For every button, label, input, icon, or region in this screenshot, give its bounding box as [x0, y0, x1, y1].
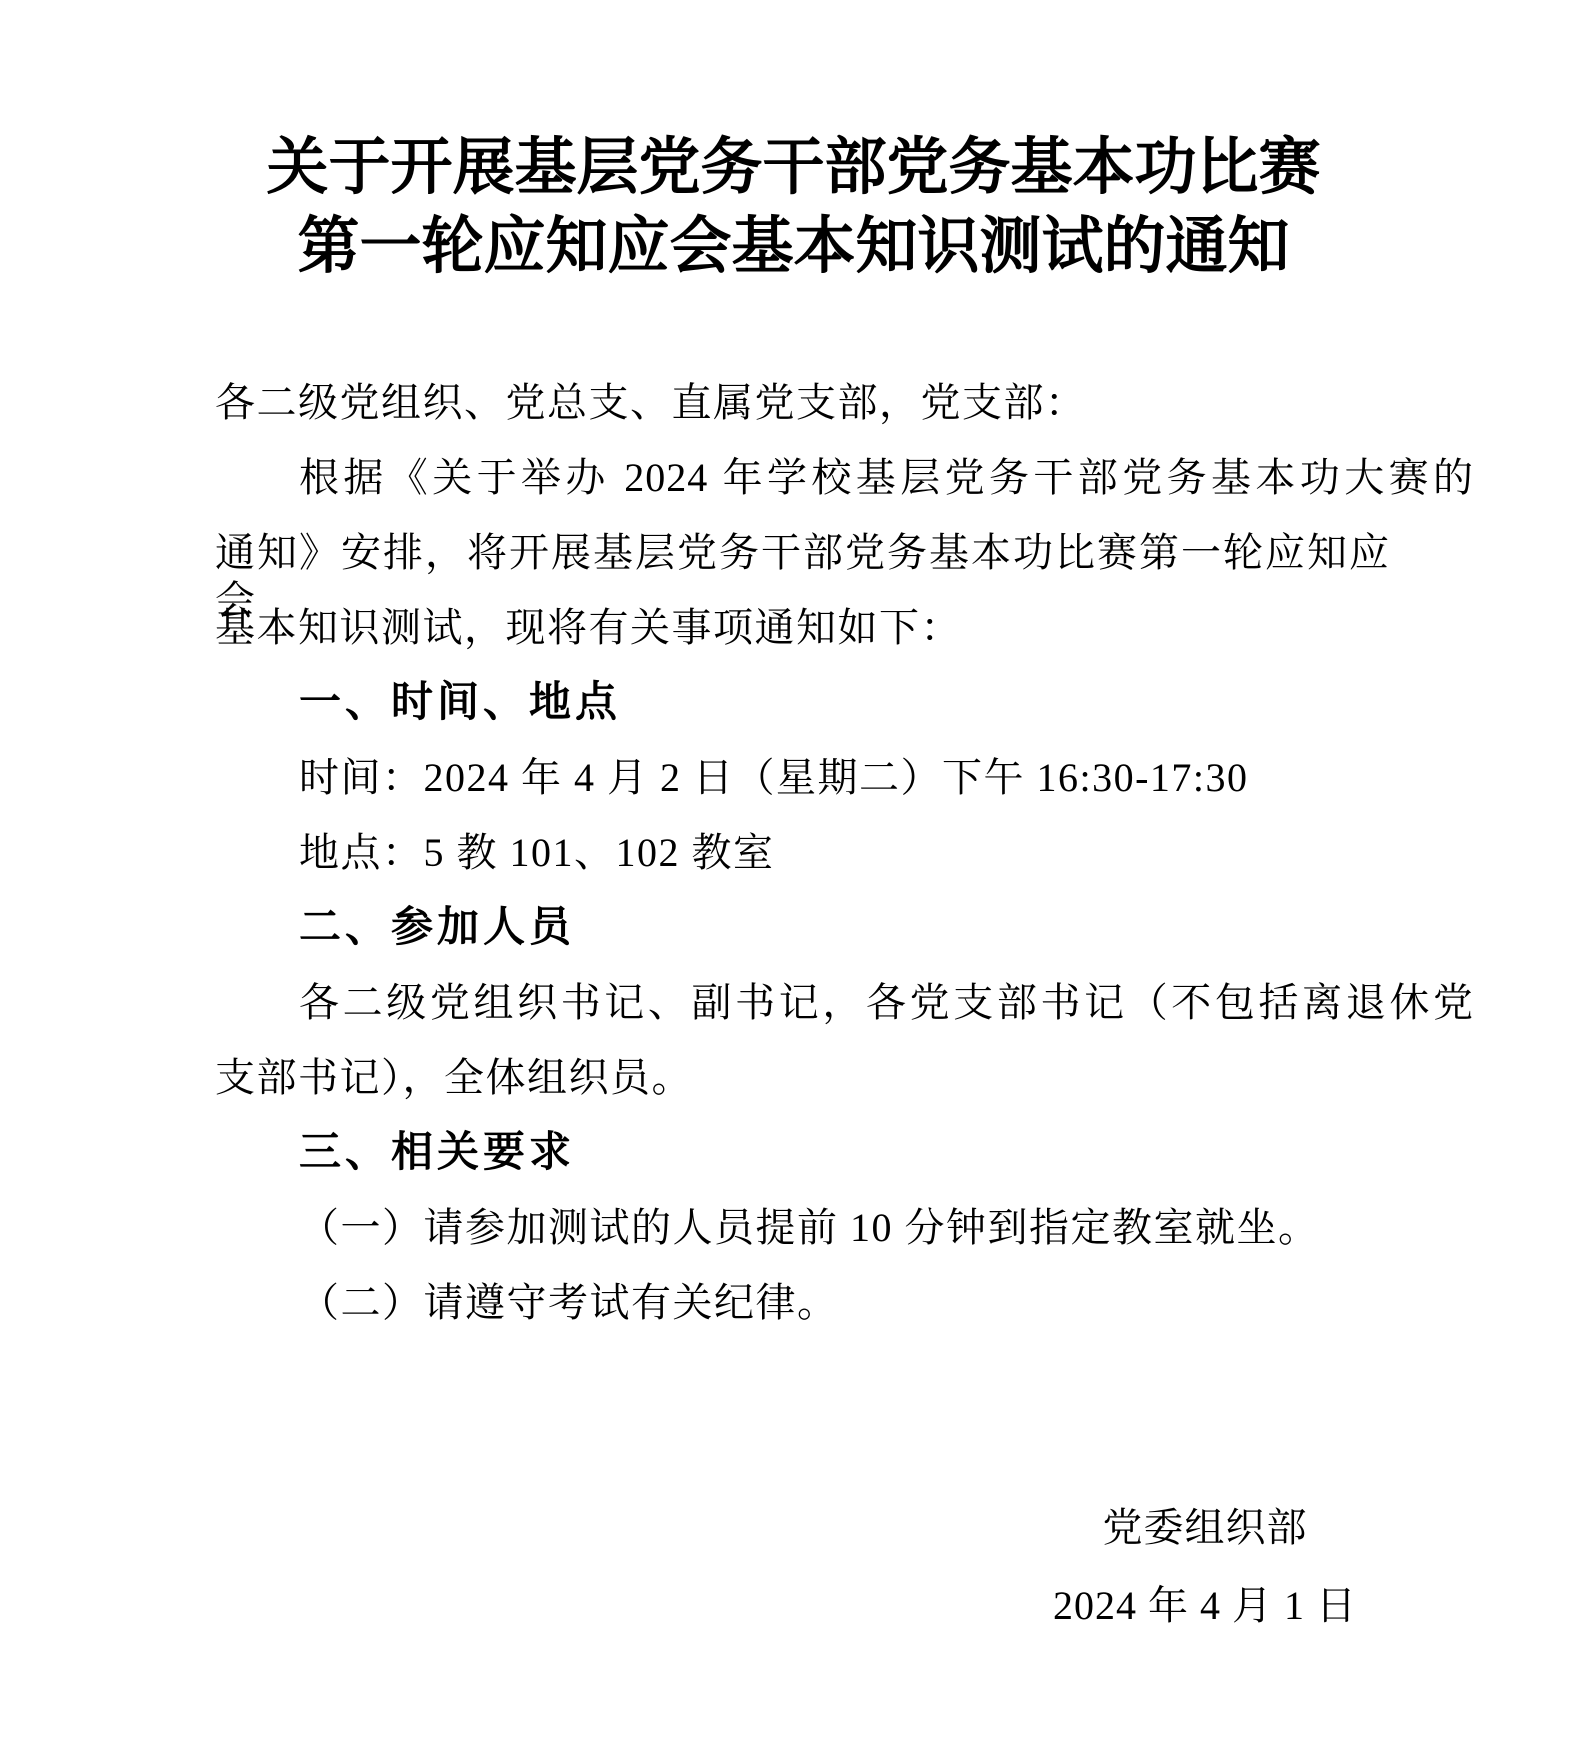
paragraph1-line-1: 根据《关于举办 2024 年学校基层党务干部党务基本功大赛的 — [215, 454, 1474, 502]
section3-item-1: （一）请参加测试的人员提前 10 分钟到指定教室就坐。 — [215, 1204, 1474, 1252]
doc-title-line-2: 第一轮应知应会基本知识测试的通知 — [0, 212, 1587, 282]
section3-item-2: （二）请遵守考试有关纪律。 — [215, 1279, 1474, 1327]
section2-heading: 二、参加人员 — [215, 903, 1474, 951]
doc-title-line-1: 关于开展基层党务干部党务基本功比赛 — [0, 133, 1587, 203]
section1-location-line: 地点：5 教 101、102 教室 — [215, 829, 1474, 877]
section2-line-1: 各二级党组织书记、副书记，各党支部书记（不包括离退休党 — [215, 979, 1474, 1027]
section1-time-line: 时间：2024 年 4 月 2 日（星期二）下午 16:30-17:30 — [215, 754, 1474, 802]
section2-line-2: 支部书记），全体组织员。 — [215, 1054, 1390, 1102]
signature-date: 2024 年 4 月 1 日 — [1010, 1574, 1400, 1631]
document-page: 关于开展基层党务干部党务基本功比赛 第一轮应知应会基本知识测试的通知 各二级党组… — [0, 0, 1587, 1757]
signature-org: 党委组织部 — [1010, 1496, 1400, 1553]
salutation-line: 各二级党组织、党总支、直属党支部，党支部： — [215, 379, 1390, 427]
paragraph1-line-3: 基本知识测试，现将有关事项通知如下： — [215, 604, 1390, 652]
section1-heading: 一、时间、地点 — [215, 678, 1474, 726]
section3-heading: 三、相关要求 — [215, 1128, 1474, 1176]
